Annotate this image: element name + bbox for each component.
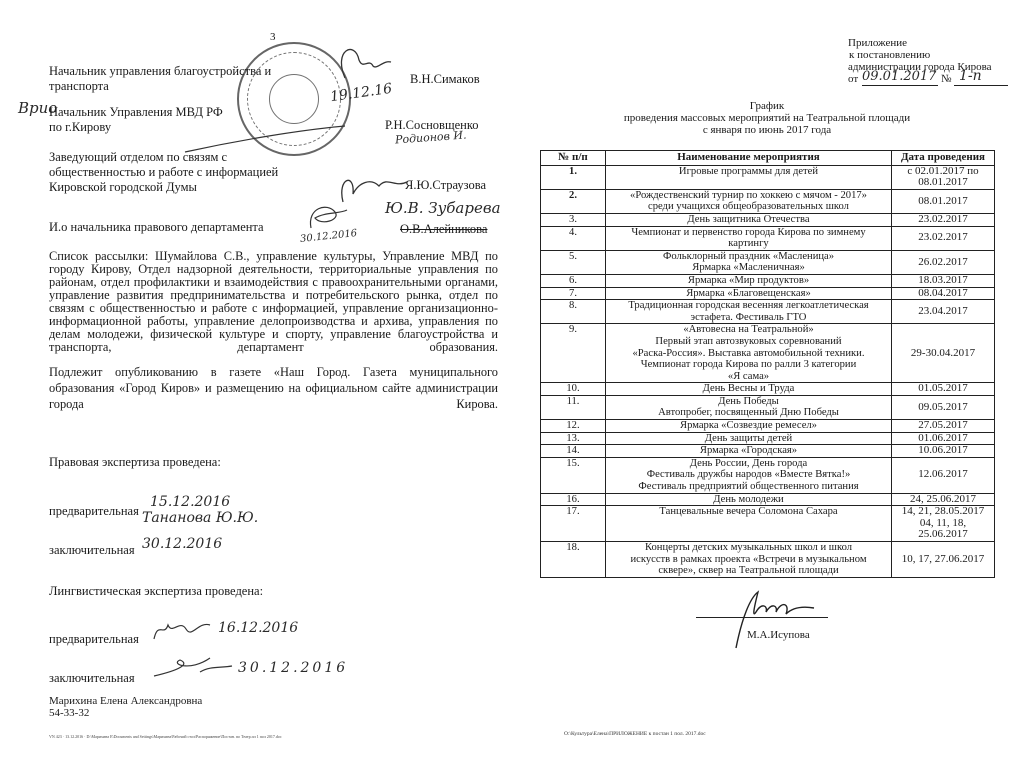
signatory-name-struck: О.В.Алейникова: [400, 222, 487, 236]
event-date: с 02.01.2017 по 08.01.2017: [892, 165, 995, 189]
legal-preliminary-label: предварительная: [49, 504, 139, 518]
handwritten-number: 1-п: [959, 68, 982, 84]
signatory-name: М.А.Исупова: [747, 629, 810, 641]
linguistic-preliminary-label: предварительная: [49, 632, 139, 646]
event-number: 7.: [541, 287, 606, 300]
appendix-line: Приложение: [848, 37, 907, 49]
event-name: День защитника Отечества: [606, 213, 892, 226]
event-number: 18.: [541, 542, 606, 578]
event-name: «Автовесна на Театральной» Первый этап а…: [606, 324, 892, 383]
signatory-title: транспорта: [49, 79, 109, 93]
event-name: День молодежи: [606, 493, 892, 506]
event-date: 18.03.2017: [892, 274, 995, 287]
table-header-row: № п/п Наименование мероприятия Дата пров…: [541, 151, 995, 166]
linguistic-review-heading: Лингвистическая экспертиза проведена:: [49, 584, 263, 598]
event-number: 1.: [541, 165, 606, 189]
appendix-number-prefix: №: [941, 73, 952, 85]
handwritten-date: 15.12.2016: [150, 494, 230, 510]
event-date: 23.02.2017: [892, 213, 995, 226]
event-date: 27.05.2017: [892, 420, 995, 433]
title-line: График: [526, 100, 1008, 112]
appendix-line: к постановлению: [849, 49, 930, 61]
event-number: 5.: [541, 250, 606, 274]
footer-file-path: О:\Культура\Елена\ПРИЛОЖЕНИЕ к постан 1 …: [564, 731, 706, 737]
date-underline: [862, 85, 938, 86]
event-name: Ярмарка «Городская»: [606, 445, 892, 458]
table-row: 10.День Весны и Труда01.05.2017: [541, 383, 995, 396]
executor-name: Марихина Елена Александровна: [49, 695, 202, 707]
footer-file-path: VN 423 · 13.12.2016 · D:\Марихина Е\Docu…: [49, 734, 282, 739]
event-number: 11.: [541, 395, 606, 419]
event-number: 2.: [541, 189, 606, 213]
event-number: 3.: [541, 213, 606, 226]
handwritten-name: Тананова Ю.Ю.: [142, 510, 258, 526]
signatory-title: Начальник управления благоустройства и: [49, 64, 271, 78]
column-header-date: Дата проведения: [892, 151, 995, 166]
signatory-title: Заведующий отделом по связям с: [49, 150, 227, 164]
appendix-date-prefix: от: [848, 73, 858, 85]
event-number: 17.: [541, 506, 606, 542]
event-date: 14, 21, 28.05.2017 04, 11, 18, 25.06.201…: [892, 506, 995, 542]
event-name: День Весны и Труда: [606, 383, 892, 396]
signature-icon: [150, 615, 215, 645]
title-line: проведения массовых мероприятий на Театр…: [526, 112, 1008, 124]
event-name: День Победы Автопробег, посвященный Дню …: [606, 395, 892, 419]
event-date: 23.02.2017: [892, 226, 995, 250]
signatory-title: Кировской городской Думы: [49, 180, 197, 194]
table-row: 6.Ярмарка «Мир продуктов»18.03.2017: [541, 274, 995, 287]
event-name: Чемпионат и первенство города Кирова по …: [606, 226, 892, 250]
event-date: 01.06.2017: [892, 432, 995, 445]
table-row: 13.День защиты детей01.06.2017: [541, 432, 995, 445]
distribution-list: Список рассылки: Шумайлова С.В., управле…: [49, 250, 498, 367]
table-row: 3.День защитника Отечества23.02.2017: [541, 213, 995, 226]
signatory-title: Начальник Управления МВД РФ: [49, 105, 223, 119]
signatory-title: по г.Кирову: [49, 120, 111, 134]
event-number: 14.: [541, 445, 606, 458]
column-header-event: Наименование мероприятия: [606, 151, 892, 166]
table-row: 18.Концерты детских музыкальных школ и ш…: [541, 542, 995, 578]
event-date: 09.05.2017: [892, 395, 995, 419]
event-number: 12.: [541, 420, 606, 433]
signatory-name: В.Н.Симаков: [410, 72, 480, 86]
legal-final-label: заключительная: [49, 543, 135, 557]
table-row: 12.Ярмарка «Созвездие ремесел»27.05.2017: [541, 420, 995, 433]
handwritten-date: 16.12.2016: [218, 620, 298, 636]
publication-note: Подлежит опубликованию в газете «Наш Гор…: [49, 364, 498, 428]
event-date: 29-30.04.2017: [892, 324, 995, 383]
event-name: Концерты детских музыкальных школ и школ…: [606, 542, 892, 578]
table-row: 14.Ярмарка «Городская»10.06.2017: [541, 445, 995, 458]
table-row: 17.Танцевальные вечера Соломона Сахара14…: [541, 506, 995, 542]
event-name: Ярмарка «Мир продуктов»: [606, 274, 892, 287]
event-number: 8.: [541, 300, 606, 324]
event-date: 24, 25.06.2017: [892, 493, 995, 506]
event-name: «Рождественский турнир по хоккею с мячом…: [606, 189, 892, 213]
table-row: 8.Традиционная городская весенняя легкоа…: [541, 300, 995, 324]
table-row: 4.Чемпионат и первенство города Кирова п…: [541, 226, 995, 250]
event-date: 23.04.2017: [892, 300, 995, 324]
event-date: 08.01.2017: [892, 189, 995, 213]
document-page-left: 3 Начальник управления благоустройства и…: [0, 0, 520, 767]
column-header-number: № п/п: [541, 151, 606, 166]
legal-review-heading: Правовая экспертиза проведена:: [49, 455, 221, 469]
event-date: 10.06.2017: [892, 445, 995, 458]
page-number: 3: [270, 31, 276, 43]
table-row: 5.Фольклорный праздник «Масленица» Ярмар…: [541, 250, 995, 274]
table-row: 9.«Автовесна на Театральной» Первый этап…: [541, 324, 995, 383]
signature-icon: [305, 200, 350, 232]
event-date: 01.05.2017: [892, 383, 995, 396]
event-number: 15.: [541, 457, 606, 493]
event-name: Ярмарка «Благовещенская»: [606, 287, 892, 300]
event-name: Фольклорный праздник «Масленица» Ярмарка…: [606, 250, 892, 274]
event-number: 4.: [541, 226, 606, 250]
table-row: 2.«Рождественский турнир по хоккею с мяч…: [541, 189, 995, 213]
signatory-title: общественностью и работе с информацией: [49, 165, 278, 179]
table-row: 11.День Победы Автопробег, посвященный Д…: [541, 395, 995, 419]
event-name: Игровые программы для детей: [606, 165, 892, 189]
event-name: Традиционная городская весенняя легкоатл…: [606, 300, 892, 324]
document-page-right: Приложение к постановлению администрации…: [526, 0, 1024, 767]
signatory-name: Я.Ю.Страузова: [405, 178, 486, 192]
event-number: 16.: [541, 493, 606, 506]
event-date: 26.02.2017: [892, 250, 995, 274]
event-name: День России, День города Фестиваль дружб…: [606, 457, 892, 493]
handwritten-name: Ю.В. Зубарева: [385, 199, 501, 217]
event-number: 9.: [541, 324, 606, 383]
signature-icon: [325, 40, 395, 85]
linguistic-final-label: заключительная: [49, 671, 135, 685]
event-name: День защиты детей: [606, 432, 892, 445]
table-row: 7.Ярмарка «Благовещенская»08.04.2017: [541, 287, 995, 300]
event-name: Ярмарка «Созвездие ремесел»: [606, 420, 892, 433]
title-line: с января по июнь 2017 года: [526, 124, 1008, 136]
table-row: 16.День молодежи24, 25.06.2017: [541, 493, 995, 506]
table-row: 15.День России, День города Фестиваль др…: [541, 457, 995, 493]
table-row: 1.Игровые программы для детейс 02.01.201…: [541, 165, 995, 189]
event-number: 10.: [541, 383, 606, 396]
events-schedule-table: № п/п Наименование мероприятия Дата пров…: [540, 150, 995, 578]
event-date: 08.04.2017: [892, 287, 995, 300]
signatory-title: И.о начальника правового департамента: [49, 220, 264, 234]
signature-line: [696, 617, 828, 618]
handwritten-date: 30.12.2016: [238, 660, 348, 676]
signature-icon: [150, 652, 235, 682]
event-name: Танцевальные вечера Соломона Сахара: [606, 506, 892, 542]
event-date: 12.06.2017: [892, 457, 995, 493]
event-number: 6.: [541, 274, 606, 287]
handwritten-date: 09.01.2017: [862, 69, 936, 84]
handwritten-date: 30.12.2016: [142, 536, 222, 552]
event-date: 10, 17, 27.06.2017: [892, 542, 995, 578]
executor-phone: 54-33-32: [49, 707, 89, 719]
number-underline: [954, 85, 1008, 86]
event-number: 13.: [541, 432, 606, 445]
